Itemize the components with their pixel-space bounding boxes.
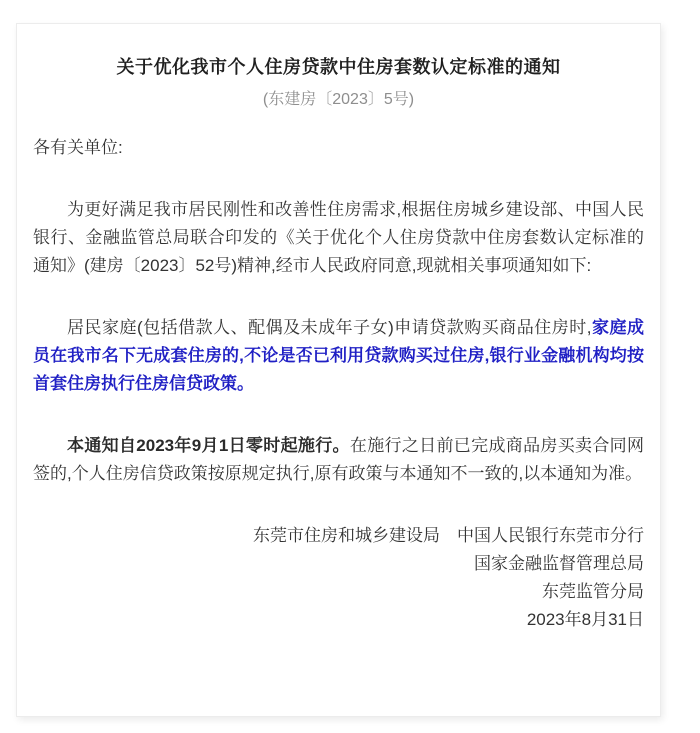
salutation: 各有关单位: <box>33 134 644 162</box>
signature-date: 2023年8月31日 <box>33 606 644 634</box>
signature-org-2: 国家金融监督管理总局 <box>33 550 644 578</box>
effective-date-text: 本通知自2023年9月1日零时起施行。 <box>67 436 350 455</box>
page-background: { "notice": { "title": "关于优化我市个人住房贷款中住房套… <box>0 0 700 733</box>
policy-lead-text: 居民家庭(包括借款人、配偶及未成年子女)申请贷款购买商品住房时, <box>67 318 592 337</box>
doc-number: (东建房〔2023〕5号) <box>33 88 644 112</box>
paragraph-intro: 为更好满足我市居民刚性和改善性住房需求,根据住房城乡建设部、中国人民银行、金融监… <box>33 196 644 280</box>
signature-issuers: 东莞市住房和城乡建设局 中国人民银行东莞市分行 <box>33 522 644 550</box>
signature-block: 东莞市住房和城乡建设局 中国人民银行东莞市分行 国家金融监督管理总局 东莞监管分… <box>33 522 644 634</box>
notice-card: 关于优化我市个人住房贷款中住房套数认定标准的通知 (东建房〔2023〕5号) 各… <box>16 23 661 717</box>
signature-org-3: 东莞监管分局 <box>33 578 644 606</box>
notice-title: 关于优化我市个人住房贷款中住房套数认定标准的通知 <box>33 54 644 80</box>
paragraph-policy: 居民家庭(包括借款人、配偶及未成年子女)申请贷款购买商品住房时,家庭成员在我市名… <box>33 314 644 398</box>
paragraph-effective: 本通知自2023年9月1日零时起施行。在施行之日前已完成商品房买卖合同网签的,个… <box>33 432 644 488</box>
